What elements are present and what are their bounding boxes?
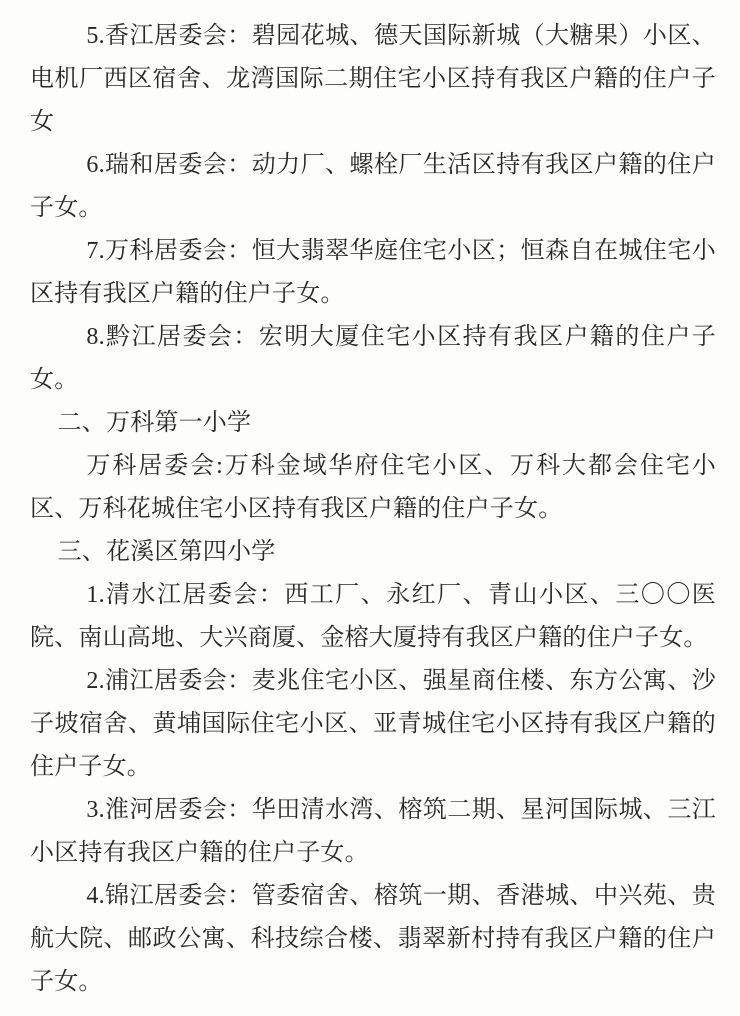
entry-wanke-committee: 7.万科居委会：恒大翡翠华庭住宅小区；恒森自在城住宅小区持有我区户籍的住户子女。	[30, 230, 716, 316]
entry-xiangjiang-committee: 5.香江居委会：碧园花城、德天国际新城（大糖果）小区、电机厂西区宿舍、龙湾国际二…	[30, 15, 716, 144]
document-page: 5.香江居委会：碧园花城、德天国际新城（大糖果）小区、电机厂西区宿舍、龙湾国际二…	[0, 0, 740, 1016]
document-body: 5.香江居委会：碧园花城、德天国际新城（大糖果）小区、电机厂西区宿舍、龙湾国际二…	[30, 15, 716, 1004]
entry-huaihe-committee: 3.淮河居委会：华田清水湾、榕筑二期、星河国际城、三江小区持有我区户籍的住户子女…	[30, 789, 716, 875]
entry-qingshuijiang-committee: 1.清水江居委会：西工厂、永红厂、青山小区、三〇〇医院、南山高地、大兴商厦、金榕…	[30, 574, 716, 660]
entry-qianjiang-committee: 8.黔江居委会：宏明大厦住宅小区持有我区户籍的住户子女。	[30, 316, 716, 402]
entry-jinjiang-committee: 4.锦江居委会：管委宿舍、榕筑一期、香港城、中兴苑、贵航大院、邮政公寓、科技综合…	[30, 875, 716, 1004]
entry-ruihe-committee: 6.瑞和居委会：动力厂、螺栓厂生活区持有我区户籍的住户子女。	[30, 144, 716, 230]
entry-pujiang-committee: 2.浦江居委会：麦兆住宅小区、强星商住楼、东方公寓、沙子坡宿舍、黄埔国际住宅小区…	[30, 660, 716, 789]
heading-wanke-first-primary: 二、万科第一小学	[30, 402, 716, 445]
heading-huaxi-fourth-primary: 三、花溪区第四小学	[30, 531, 716, 574]
entry-wanke-committee-school2: 万科居委会:万科金域华府住宅小区、万科大都会住宅小区、万科花城住宅小区持有我区户…	[30, 445, 716, 531]
